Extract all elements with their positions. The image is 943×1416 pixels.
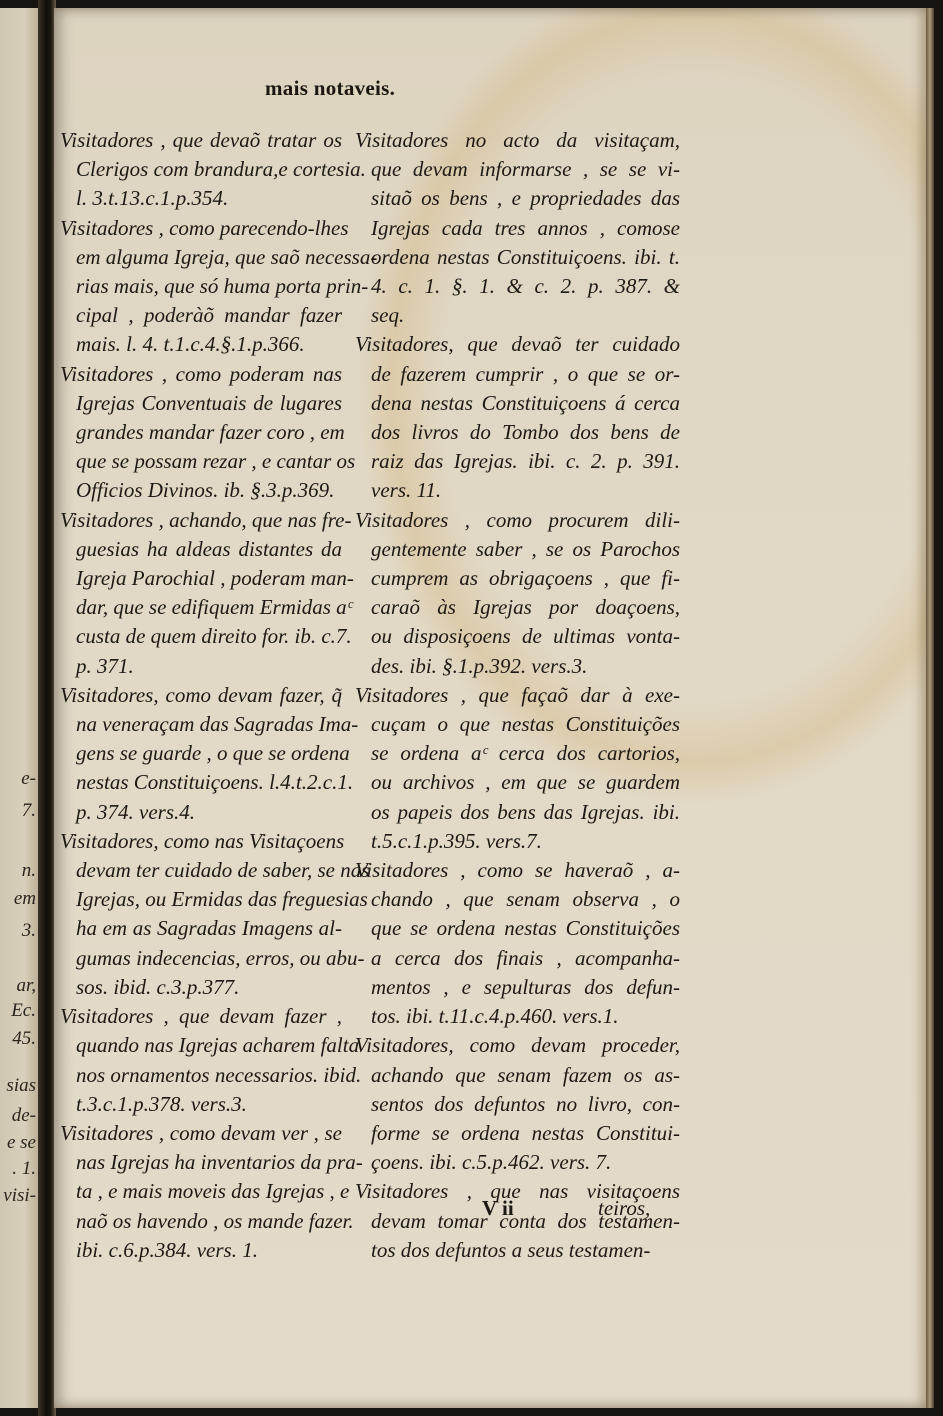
- facing-page-text-fragment: sias: [6, 1075, 36, 1097]
- entry-line: p. 374. vers.4.: [60, 798, 342, 827]
- entry-line: çoens. ibi. c.5.p.462. vers. 7.: [355, 1148, 680, 1177]
- index-entry: Visitadores , como parecendo-lhesem algu…: [60, 214, 342, 360]
- entry-line: guesias ha aldeas distantes da: [60, 535, 342, 564]
- entry-line: nos ornamentos necessarios. ibid.: [60, 1061, 342, 1090]
- entry-line: mais. l. 4. t.1.c.4.§.1.p.366.: [60, 330, 342, 359]
- facing-page-text-fragment: Ec.: [11, 1000, 36, 1022]
- entry-line: gens se guarde , o que se ordena: [60, 739, 342, 768]
- entry-line: se ordena aᶜ cerca dos cartorios,: [355, 739, 680, 768]
- entry-line: rias mais, que só huma porta prin-: [60, 272, 342, 301]
- index-entry: Visitadores , como devam ver , senas Igr…: [60, 1119, 342, 1265]
- entry-headword-line: Visitadores , que devam fazer ,: [60, 1002, 342, 1031]
- entry-line: t.5.c.1.p.395. vers.7.: [355, 827, 680, 856]
- entry-line: nestas Constituiçoens. l.4.t.2.c.1.: [60, 768, 342, 797]
- entry-headword-line: Visitadores , como se haveraõ , a-: [355, 856, 680, 885]
- facing-page-text-fragment: . 1.: [12, 1158, 36, 1180]
- index-entry: Visitadores , como se haveraõ , a-chando…: [355, 856, 680, 1031]
- entry-line: mentos , e sepulturas dos defun-: [355, 973, 680, 1002]
- entry-line: raiz das Igrejas. ibi. c. 2. p. 391.: [355, 447, 680, 476]
- entry-line: seq.: [355, 301, 680, 330]
- entry-line: naõ os havendo , os mande fazer.: [60, 1207, 342, 1236]
- index-column-right: Visitadores no acto da visitaçam,que dev…: [355, 126, 680, 1265]
- entry-headword-line: Visitadores , que façaõ dar à exe-: [355, 681, 680, 710]
- index-entry: Visitadores, como devam fazer, q̃na vene…: [60, 681, 342, 827]
- facing-page-text-fragment: 7.: [22, 800, 36, 822]
- entry-line: custa de quem direito for. ib. c.7.: [60, 622, 342, 651]
- entry-line: forme se ordena nestas Constitui-: [355, 1119, 680, 1148]
- entry-line: na veneraçam das Sagradas Ima-: [60, 710, 342, 739]
- index-entry: Visitadores , que devaõ tratar osClerigo…: [60, 126, 342, 214]
- facing-page-edge: e-7.n.em3.ar,Ec.45.siasde-e se. 1.visi-: [0, 8, 40, 1408]
- entry-line: os papeis dos bens das Igrejas. ibi.: [355, 798, 680, 827]
- entry-line: Igrejas cada tres annos , comose: [355, 214, 680, 243]
- entry-line: gentemente saber , se os Parochos: [355, 535, 680, 564]
- entry-line: que devam informarse , se se vi-: [355, 155, 680, 184]
- entry-headword-line: Visitadores, como devam proceder,: [355, 1031, 680, 1060]
- entry-headword-line: Visitadores, que devaõ ter cuidado: [355, 330, 680, 359]
- facing-page-text-fragment: 3.: [22, 920, 36, 942]
- entry-line: ou disposiçoens de ultimas vonta-: [355, 622, 680, 651]
- entry-line: ou archivos , em que se guardem: [355, 768, 680, 797]
- running-header: mais notaveis.: [265, 76, 395, 101]
- entry-line: devam ter cuidado de saber, se nas: [60, 856, 342, 885]
- signature-mark: V ii: [482, 1196, 514, 1221]
- entry-line: que se ordena nestas Constituições: [355, 914, 680, 943]
- entry-headword-line: Visitadores no acto da visitaçam,: [355, 126, 680, 155]
- entry-headword-line: Visitadores , como poderam nas: [60, 360, 342, 389]
- entry-line: sentos dos defuntos no livro, con-: [355, 1090, 680, 1119]
- index-entry: Visitadores , achando, que nas fre-guesi…: [60, 506, 342, 681]
- facing-page-text-fragment: e-: [21, 768, 36, 790]
- entry-line: que se possam rezar , e cantar os: [60, 447, 342, 476]
- entry-line: dena nestas Constituiçoens á cerca: [355, 389, 680, 418]
- facing-page-text-fragment: 45.: [12, 1028, 36, 1050]
- entry-line: t.3.c.1.p.378. vers.3.: [60, 1090, 342, 1119]
- entry-line: Igrejas Conventuais de lugares: [60, 389, 342, 418]
- entry-line: caraõ às Igrejas por doaçoens,: [355, 593, 680, 622]
- index-entry: Visitadores no acto da visitaçam,que dev…: [355, 126, 680, 330]
- index-entry: Visitadores, que devaõ ter cuidadode faz…: [355, 330, 680, 505]
- entry-line: sos. ibid. c.3.p.377.: [60, 973, 342, 1002]
- entry-line: dos livros do Tombo dos bens de: [355, 418, 680, 447]
- entry-line: nas Igrejas ha inventarios da pra-: [60, 1148, 342, 1177]
- entry-headword-line: Visitadores, como devam fazer, q̃: [60, 681, 342, 710]
- entry-headword-line: Visitadores , como parecendo-lhes: [60, 214, 342, 243]
- entry-headword-line: Visitadores, como nas Visitaçoens: [60, 827, 342, 856]
- entry-line: vers. 11.: [355, 476, 680, 505]
- entry-line: Igreja Parochial , poderam man-: [60, 564, 342, 593]
- entry-line: l. 3.t.13.c.1.p.354.: [60, 184, 342, 213]
- entry-line: Clerigos com brandura,e cortesia.: [60, 155, 342, 184]
- entry-line: Officios Divinos. ib. §.3.p.369.: [60, 476, 342, 505]
- entry-line: cipal , poderàõ mandar fazer: [60, 301, 342, 330]
- page-fore-edge: [926, 8, 934, 1408]
- catchword: teiros,: [598, 1196, 650, 1221]
- entry-line: tos. ibi. t.11.c.4.p.460. vers.1.: [355, 1002, 680, 1031]
- entry-line: tos dos defuntos a seus testamen-: [355, 1236, 680, 1265]
- entry-line: ha em as Sagradas Imagens al-: [60, 914, 342, 943]
- index-entry: Visitadores , que façaõ dar à exe-cuçam …: [355, 681, 680, 856]
- entry-line: grandes mandar fazer coro , em: [60, 418, 342, 447]
- facing-page-text-fragment: n.: [22, 860, 36, 882]
- index-entry: Visitadores , que devam fazer ,quando na…: [60, 1002, 342, 1119]
- entry-headword-line: Visitadores , como procurem dili-: [355, 506, 680, 535]
- index-entry: Visitadores, como nas Visitaçoensdevam t…: [60, 827, 342, 1002]
- facing-page-text-fragment: ar,: [16, 975, 36, 997]
- entry-headword-line: Visitadores , que devaõ tratar os: [60, 126, 342, 155]
- entry-line: quando nas Igrejas acharem falta: [60, 1031, 342, 1060]
- entry-line: cuçam o que nestas Constituições: [355, 710, 680, 739]
- entry-line: cumprem as obrigaçoens , que fi-: [355, 564, 680, 593]
- entry-line: gumas indecencias, erros, ou abu-: [60, 944, 342, 973]
- index-entry: Visitadores , como poderam nasIgrejas Co…: [60, 360, 342, 506]
- index-column-left: Visitadores , que devaõ tratar osClerigo…: [60, 126, 342, 1265]
- facing-page-text-fragment: visi-: [3, 1185, 36, 1207]
- entry-line: p. 371.: [60, 652, 342, 681]
- facing-page-text-fragment: e se: [7, 1132, 36, 1154]
- facing-page-text-fragment: em: [14, 888, 36, 910]
- entry-line: a cerca dos finais , acompanha-: [355, 944, 680, 973]
- entry-headword-line: Visitadores , achando, que nas fre-: [60, 506, 342, 535]
- entry-line: des. ibi. §.1.p.392. vers.3.: [355, 652, 680, 681]
- index-entry: Visitadores, como devam proceder,achando…: [355, 1031, 680, 1177]
- entry-line: achando que senam fazem os as-: [355, 1061, 680, 1090]
- entry-line: dar, que se edifiquem Ermidas aᶜ: [60, 593, 342, 622]
- entry-line: 4. c. 1. §. 1. & c. 2. p. 387. &: [355, 272, 680, 301]
- entry-line: ordena nestas Constituiçoens. ibi. t.: [355, 243, 680, 272]
- entry-line: Igrejas, ou Ermidas das freguesias: [60, 885, 342, 914]
- entry-line: ibi. c.6.p.384. vers. 1.: [60, 1236, 342, 1265]
- index-entry: Visitadores , que nas visitaçoensdevam t…: [355, 1177, 680, 1265]
- entry-line: em alguma Igreja, que saõ necessa-: [60, 243, 342, 272]
- facing-page-text-fragment: de-: [12, 1105, 36, 1127]
- entry-line: ta , e mais moveis das Igrejas , e: [60, 1177, 342, 1206]
- entry-line: sitaõ os bens , e propriedades das: [355, 184, 680, 213]
- entry-headword-line: Visitadores , como devam ver , se: [60, 1119, 342, 1148]
- entry-line: de fazerem cumprir , o que se or-: [355, 360, 680, 389]
- entry-line: chando , que senam observa , o: [355, 885, 680, 914]
- index-entry: Visitadores , como procurem dili-genteme…: [355, 506, 680, 681]
